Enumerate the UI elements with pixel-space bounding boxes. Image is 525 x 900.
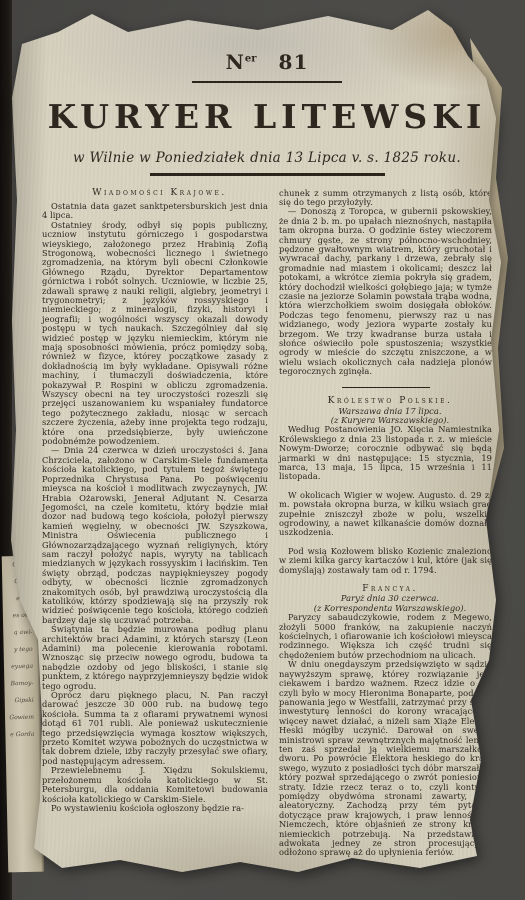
masthead-dateline: w Wilnie w Poniedziałek dnia 13 Lipca v.… (42, 150, 492, 166)
paragraph-continuation: chunek z summ otrzymanych z listą osób, … (279, 189, 492, 208)
text-columns: Wiadomości Krajowe. Ostatnia data gazet … (42, 189, 492, 858)
newspaper-title: KURYER LITEWSKI (42, 97, 492, 136)
paragraph: — Donoszą z Toropca, w gubernii pskowski… (279, 207, 492, 376)
paragraph: — Dnia 24 czerwca w dzień uroczystości ś… (42, 446, 268, 625)
issue-superscript: er (245, 53, 257, 64)
newspaper-page: Ner81 KURYER LITEWSKI w Wilnie w Poniedz… (0, 0, 525, 900)
right-column: chunek z summ otrzymanych z listą osób, … (279, 189, 492, 858)
paragraph: Po wystawieniu kościoła ogłoszony będzie… (42, 804, 268, 813)
section-heading-domestic-news: Wiadomości Krajowe. (42, 189, 268, 198)
left-column: Wiadomości Krajowe. Ostatnia data gazet … (42, 189, 268, 858)
paragraph: Ostatniey środy, odbył się popis publicz… (42, 221, 268, 447)
issue-number: Ner81 (42, 50, 492, 74)
section-france: Francya. Paryż dnia 30 czerwca. (z Korre… (279, 585, 492, 858)
issue-n: N (226, 50, 245, 74)
masthead-rule-bottom (150, 173, 385, 176)
masthead-rule-top (192, 81, 342, 83)
paragraph: Paryzcy sabaudczykowie, rodem z Megewo, … (279, 613, 492, 660)
paragraph: Pod wsią Kozłowem blisko Kozienic znalez… (279, 547, 492, 575)
paragraph: Ostatnia data gazet sanktpetersburskich … (42, 202, 268, 221)
paragraph: W okolicach Wigier w wojew. Augusto. d. … (279, 491, 492, 538)
newspaper-page-wrap: Ner81 KURYER LITEWSKI w Wilnie w Poniedz… (0, 0, 525, 900)
paragraph: Przewielebnemu J. Xiędzu Sokulskiemu, pr… (42, 766, 268, 804)
page-content: Ner81 KURYER LITEWSKI w Wilnie w Poniedz… (42, 50, 492, 858)
paragraph: Według Postanowienia JO. Xięcia Namiestn… (279, 425, 492, 481)
section-divider-rule (342, 387, 430, 389)
paragraph: Oprócz daru pięknego placu, N. Pan raczy… (42, 691, 268, 766)
issue-digits: 81 (279, 50, 309, 74)
paragraph: Świątynia ta będzie murowana podług plan… (42, 625, 268, 691)
paragraph: W dniu onegdayszym przedsięwzięto w sądz… (279, 660, 492, 858)
masthead: Ner81 KURYER LITEWSKI w Wilnie w Poniedz… (42, 50, 492, 176)
